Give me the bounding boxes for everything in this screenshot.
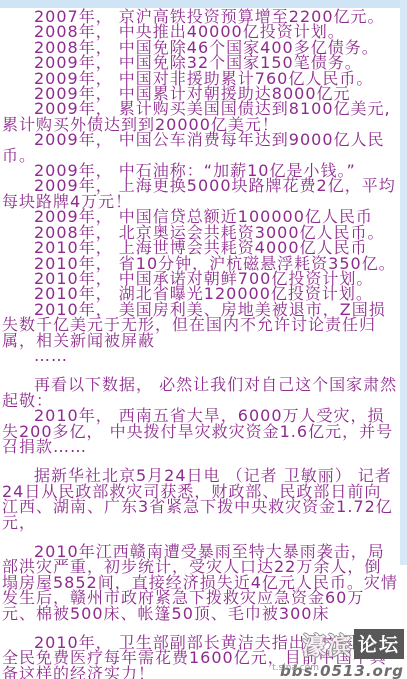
paragraph: 据新华社北京5月24日电 （记者 卫敏丽） 记者24日从民政部救灾司获悉，财政部… [2,468,398,530]
right-border [400,0,407,565]
watermark-forum-label: 论坛 [354,629,404,659]
watermark-title-row: 濠滨 论坛 [280,626,404,661]
paragraph: 2009年， 上海更换5000块路牌花费2亿，平均每块路牌4万元！ [2,178,398,209]
paragraph: 2009年， 累计购买美国国债达到8100亿美元,累计购买外债达到到20000亿… [2,101,398,132]
watermark-site-name: 濠滨 [302,626,352,661]
paragraph: 2010年， 美国房利美、房地美被退市，Z国损失数千亿美元于无形，但在国内不允许… [2,302,398,348]
paragraph: 2009年， 中国公车消费每年达到9000亿人民币。 [2,132,398,163]
paragraph: …… [2,348,398,363]
paragraph: 2010年江西赣南遭受暴雨至特大暴雨袭击，局部洪灾严重，初步统计，受灾人口达22… [2,544,398,621]
document-body: 2007年， 京沪高铁投资预算增至2200亿元。2008年， 中央推出40000… [2,9,398,679]
paragraph: 再看以下数据， 必然让我们对自己这个国家肃然起敬： [2,377,398,408]
paragraph: 2010年， 西南五省大旱，6000万人受灾，损失200多亿， 中央拨付旱灾救灾… [2,408,398,454]
watermark-sub-url: t.sina.com [272,663,319,673]
